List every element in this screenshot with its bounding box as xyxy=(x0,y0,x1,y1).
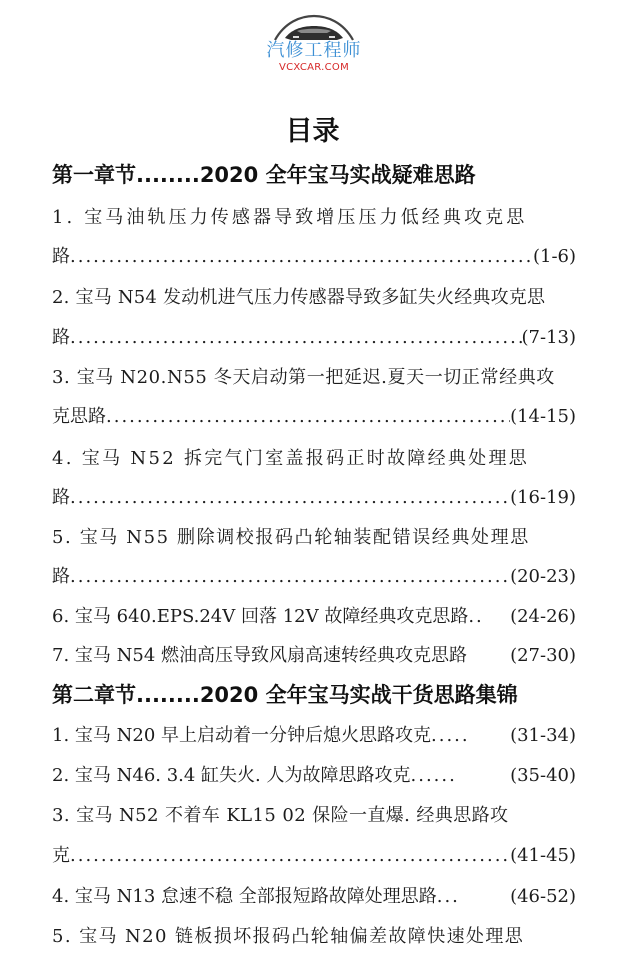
toc-page-range: (35-40) xyxy=(510,763,576,789)
toc-leader-dots: ..... xyxy=(431,723,510,749)
toc-page-range: (24-26) xyxy=(510,604,576,630)
toc-item-1-3-line2: 克思路 ....................................… xyxy=(52,404,576,430)
toc-item-1-2-line1: 2. 宝马 N54 发动机进气压力传感器导致多缸失火经典攻克思 xyxy=(52,285,576,311)
toc-item-1-7: 7. 宝马 N54 燃油高压导致风扇高速转经典攻克思路 (27-30) xyxy=(52,643,576,669)
toc-item-1-6: 6. 宝马 640.EPS.24V 回落 12V 故障经典攻克思路 .. (24… xyxy=(52,604,576,630)
toc-item-text: 路 xyxy=(52,564,70,590)
toc-item-text: 2. 宝马 N46. 3.4 缸失火. 人为故障思路攻克 xyxy=(52,763,411,789)
toc-item-1-1-line2: 路 ......................................… xyxy=(52,244,576,270)
toc-item-1-5-line1: 5. 宝马 N55 删除调校报码凸轮轴装配错误经典处理思 xyxy=(52,525,576,551)
toc-leader-dots: ........................................… xyxy=(106,404,510,430)
toc-leader-dots: ........................................… xyxy=(70,564,510,590)
site-logo: 汽修工程师 VCXCAR.COM xyxy=(255,14,373,76)
toc-item-2-2: 2. 宝马 N46. 3.4 缸失火. 人为故障思路攻克 ...... (35-… xyxy=(52,763,576,789)
toc-page-range: (16-19) xyxy=(510,485,576,511)
toc-item-1-4-line1: 4. 宝马 N52 拆完气门室盖报码正时故障经典处理思 xyxy=(52,446,576,472)
toc-item-2-5-line1: 5. 宝马 N20 链板损坏报码凸轮轴偏差故障快速处理思 xyxy=(52,924,576,950)
toc-page-range: (46-52) xyxy=(510,884,576,910)
toc-item-text: 路 xyxy=(52,325,70,351)
toc-item-1-1-line1: 1. 宝马油轨压力传感器导致增压压力低经典攻克思 xyxy=(52,205,576,231)
toc-page-range: (20-23) xyxy=(510,564,576,590)
toc-page-range: (14-15) xyxy=(510,404,576,430)
chapter-2-heading: 第二章节........2020 全年宝马实战干货思路集锦 xyxy=(52,681,612,709)
toc-leader-dots: ........................................… xyxy=(70,485,510,511)
toc-leader-dots: ... xyxy=(437,884,510,910)
toc-item-text: 克思路 xyxy=(52,404,106,430)
toc-item-2-3-line2: 克 ......................................… xyxy=(52,843,576,869)
toc-item-1-4-line2: 路 ......................................… xyxy=(52,485,576,511)
toc-item-2-1: 1. 宝马 N20 早上启动着一分钟后熄火思路攻克 ..... (31-34) xyxy=(52,723,576,749)
logo-url-text: VCXCAR.COM xyxy=(255,62,373,74)
toc-page-range: (31-34) xyxy=(510,723,576,749)
toc-item-text: 路 xyxy=(52,485,70,511)
toc-page-range: (7-13) xyxy=(522,325,576,351)
toc-leader-dots: .. xyxy=(468,604,510,630)
toc-leader-dots xyxy=(467,643,510,669)
toc-page-range: (41-45) xyxy=(510,843,576,869)
toc-item-text: 6. 宝马 640.EPS.24V 回落 12V 故障经典攻克思路 xyxy=(52,604,468,630)
toc-item-1-2-line2: 路 ......................................… xyxy=(52,325,576,351)
toc-leader-dots: ...... xyxy=(411,763,511,789)
logo-brand-text: 汽修工程师 xyxy=(255,41,373,61)
toc-item-1-5-line2: 路 ......................................… xyxy=(52,564,576,590)
toc-item-text: 4. 宝马 N13 怠速不稳 全部报短路故障处理思路 xyxy=(52,884,437,910)
toc-item-text: 克 xyxy=(52,843,70,869)
toc-item-text: 7. 宝马 N54 燃油高压导致风扇高速转经典攻克思路 xyxy=(52,643,467,669)
toc-page-range: (1-6) xyxy=(533,244,576,270)
toc-page-range: (27-30) xyxy=(510,643,576,669)
toc-item-1-3-line1: 3. 宝马 N20.N55 冬天启动第一把延迟.夏天一切正常经典攻 xyxy=(52,365,576,391)
toc-leader-dots: ........................................… xyxy=(70,244,533,270)
toc-item-2-4: 4. 宝马 N13 怠速不稳 全部报短路故障处理思路 ... (46-52) xyxy=(52,884,576,910)
page-title: 目录 xyxy=(0,116,625,148)
toc-item-text: 1. 宝马 N20 早上启动着一分钟后熄火思路攻克 xyxy=(52,723,431,749)
toc-leader-dots: ........................................… xyxy=(70,843,510,869)
toc-item-text: 路 xyxy=(52,244,70,270)
toc-leader-dots: ........................................… xyxy=(70,325,522,351)
chapter-1-heading: 第一章节........2020 全年宝马实战疑难思路 xyxy=(52,161,612,189)
toc-item-2-3-line1: 3. 宝马 N52 不着车 KL15 02 保险一直爆. 经典思路攻 xyxy=(52,803,576,829)
